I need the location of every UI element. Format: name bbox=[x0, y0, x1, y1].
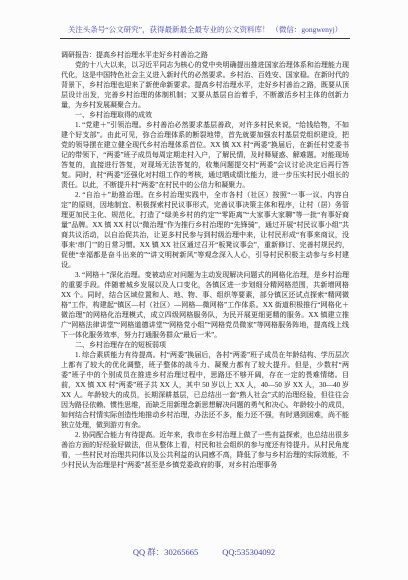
qq-group-contact: QQ 群：30265665 bbox=[133, 546, 198, 558]
document-page: 关注头条号“公文研究”，获得最新最全最专业的公文资料库！ （微信：gongwen… bbox=[0, 0, 408, 580]
qq-group-number: 30265665 bbox=[164, 547, 198, 557]
paragraph-quality-ability: 1. 综合素质能力有待提高。村“两委”换届后，各村“两委”班子成员在年龄结构、学… bbox=[61, 350, 349, 430]
paragraph-self-governance: 2. “自治＋”助推治理。在乡村治理实践中，全市各村（社区）按照“一事一议、内容… bbox=[61, 190, 349, 270]
qq-number: 535304092 bbox=[237, 547, 275, 557]
promo-header: 关注头条号“公文研究”，获得最新最全最专业的公文资料库！ （微信：gongwen… bbox=[60, 24, 350, 39]
document-body: 调研报告：提高乡村治理水平走好乡村善治之路 党的十八大以来，以习近平同志为核心的… bbox=[61, 50, 349, 536]
section-heading-achievements: 一、乡村治理取得的成效 bbox=[61, 110, 349, 120]
paragraph-grid-governance: 3. “网格＋”深化治理。变被动应对问题为主动发现解决问题式的网格化治理，是乡村… bbox=[61, 270, 349, 340]
qq-contact: QQ:535304092 bbox=[222, 546, 275, 558]
promo-header-text: 关注头条号“公文研究”，获得最新最全最专业的公文资料库！ （微信：gongwen… bbox=[68, 25, 342, 34]
qq-label: QQ: bbox=[222, 547, 237, 557]
paragraph-party-building: 1. “党建＋”引领治理。乡村善治必然要求基层善政，对许多村民来说，“给钱给物，… bbox=[61, 120, 349, 190]
section-heading-shortcomings: 二、乡村治理存在的短板弱项 bbox=[61, 340, 349, 350]
document-title: 调研报告：提高乡村治理水平走好乡村善治之路 bbox=[61, 50, 349, 60]
paragraph-coordination: 2. 协同配合能力有待提高。近年来，我市在乡村治理上做了一些有益探索，也总结出很… bbox=[61, 430, 349, 470]
qq-group-label: QQ 群： bbox=[133, 547, 164, 557]
contact-footer: QQ 群：30265665 QQ:535304092 bbox=[0, 546, 408, 558]
paragraph-intro: 党的十八大以来，以习近平同志为核心的党中央明确提出推进国家治理体系和治理能力现代… bbox=[61, 60, 349, 110]
